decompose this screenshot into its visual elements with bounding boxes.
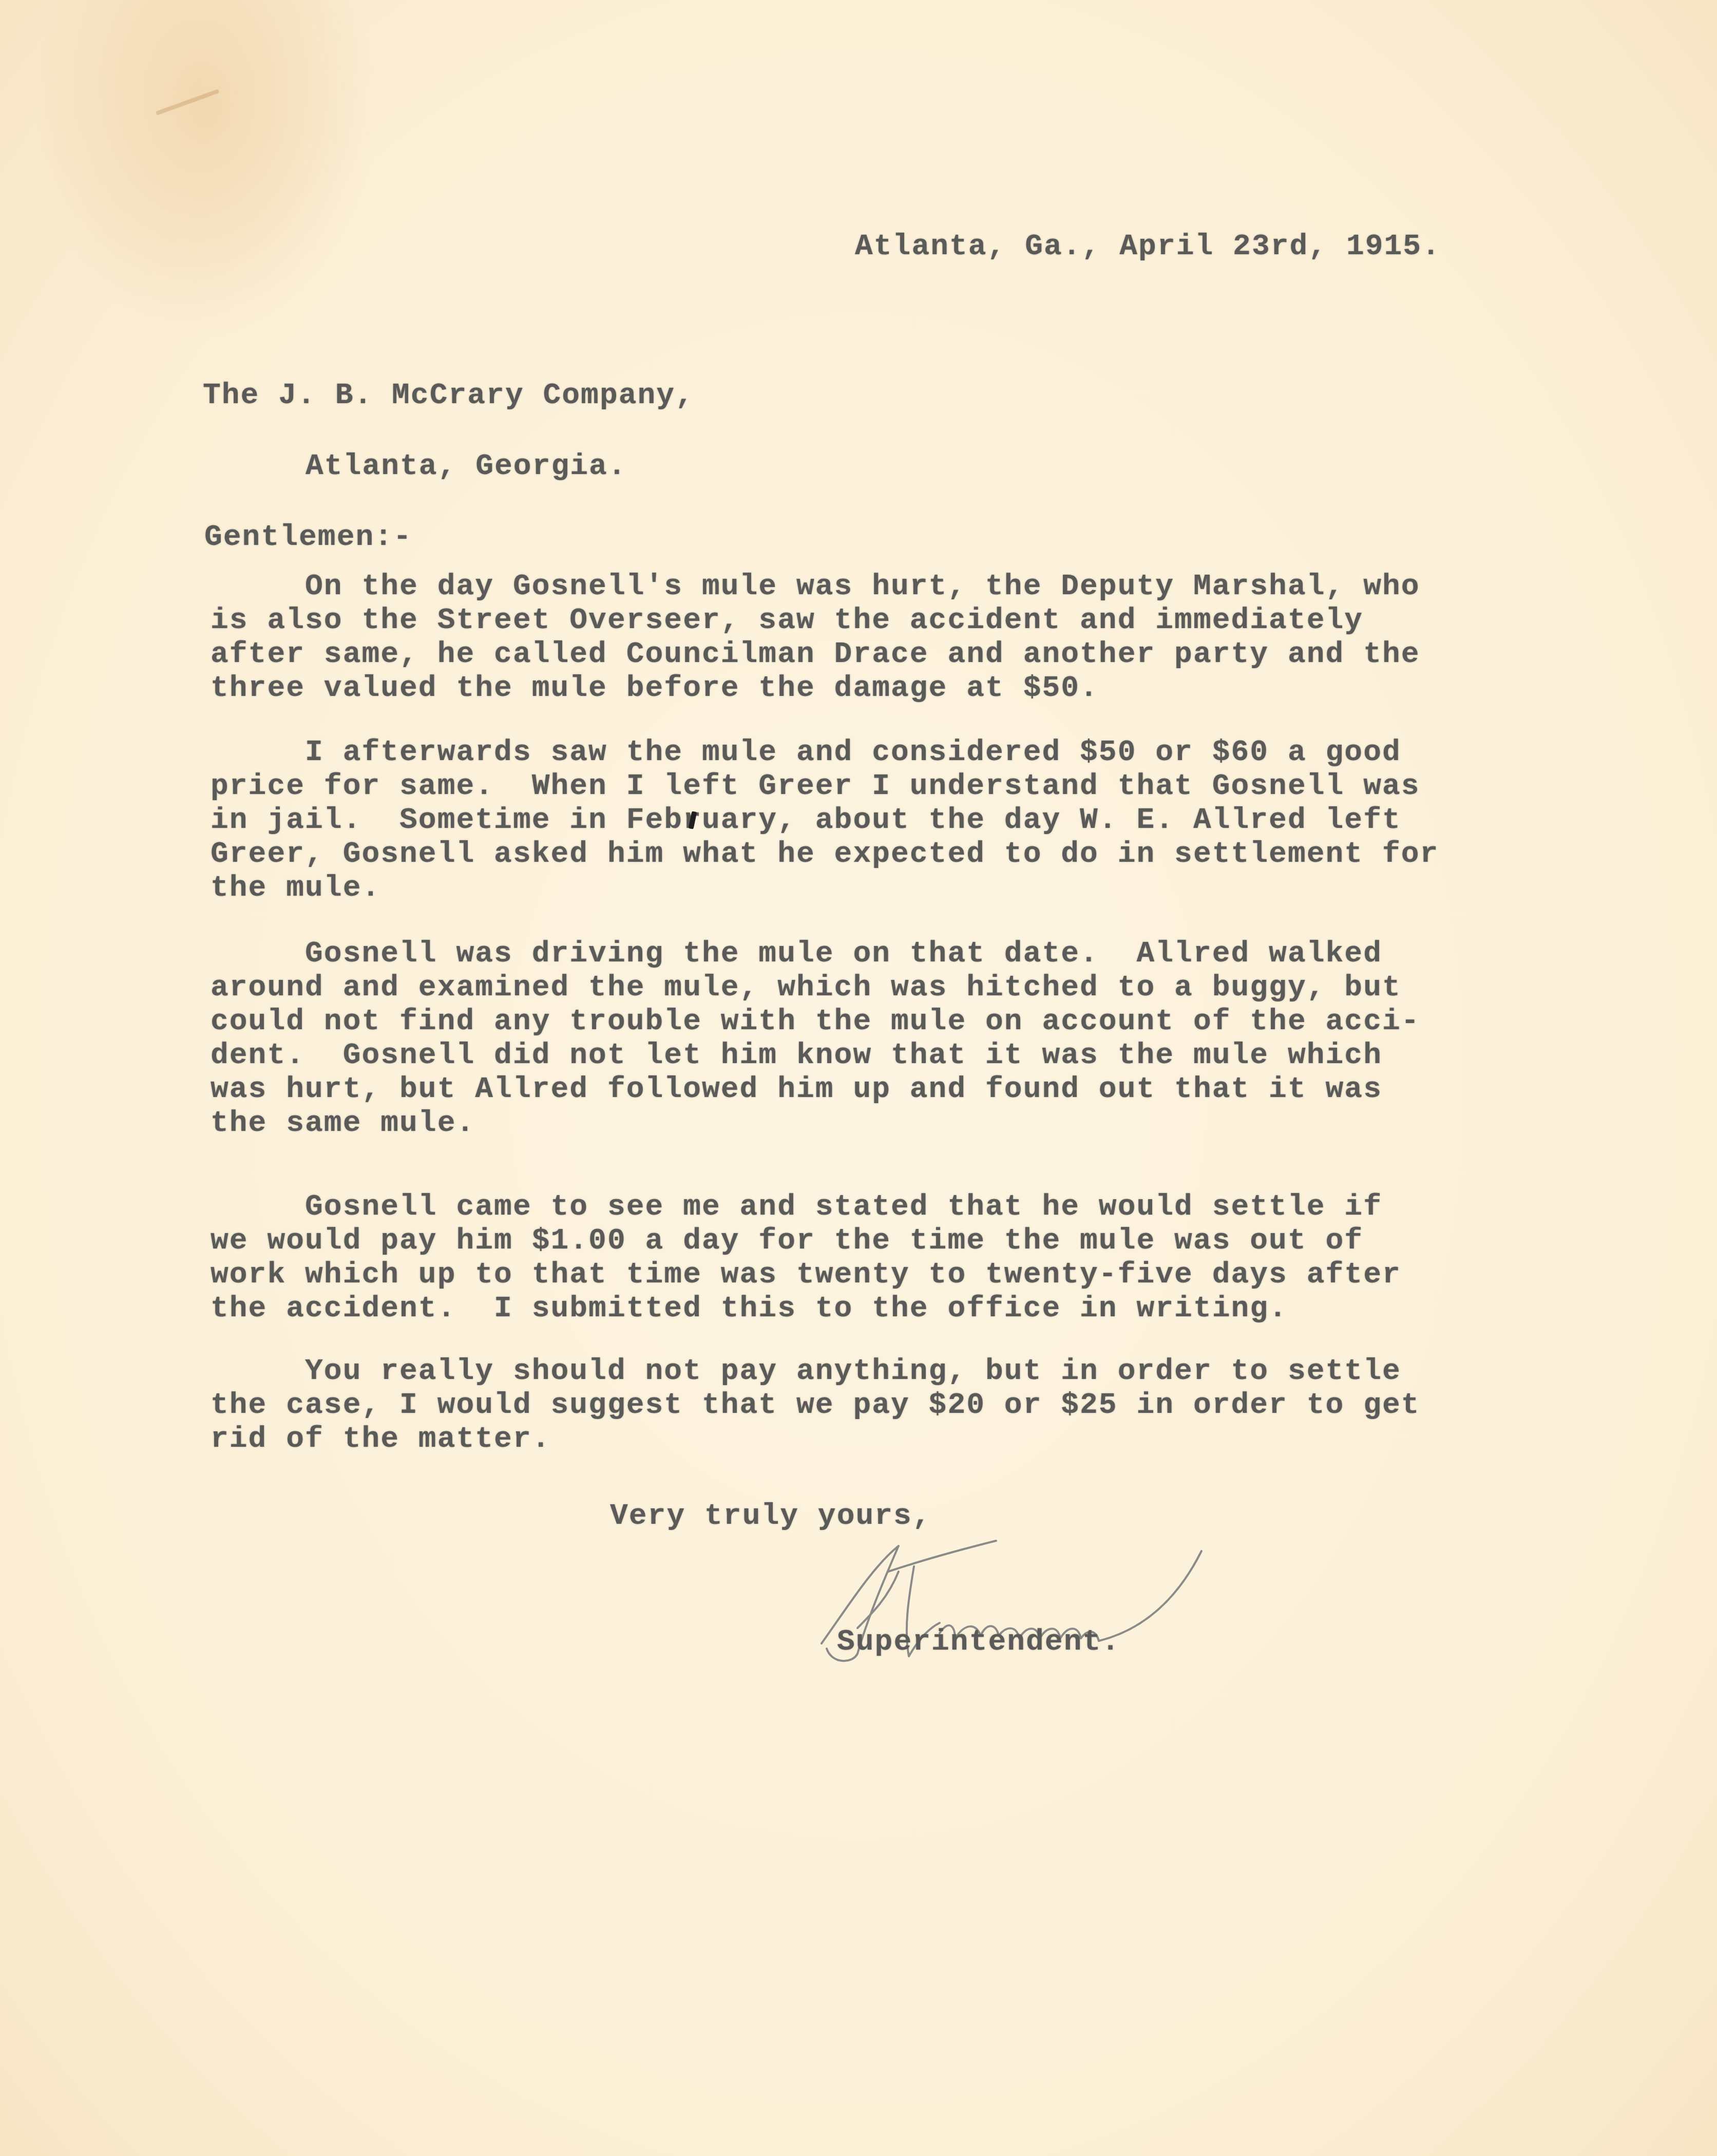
paragraph-1: On the day Gosnell's mule was hurt, the … (211, 570, 1420, 706)
salutation: Gentlemen:- (204, 521, 412, 554)
dateline: Atlanta, Ga., April 23rd, 1915. (855, 230, 1441, 263)
paragraph-5: You really should not pay anything, but … (211, 1355, 1420, 1457)
paragraph-3: Gosnell was driving the mule on that dat… (211, 937, 1420, 1141)
addressee-city: Atlanta, Georgia. (306, 450, 627, 483)
addressee: The J. B. McCrary Company, (203, 379, 694, 412)
signer-title: Superintendent. (837, 1625, 1120, 1659)
paragraph-4: Gosnell came to see me and stated that h… (211, 1190, 1401, 1326)
paragraph-2: I afterwards saw the mule and considered… (211, 736, 1439, 905)
